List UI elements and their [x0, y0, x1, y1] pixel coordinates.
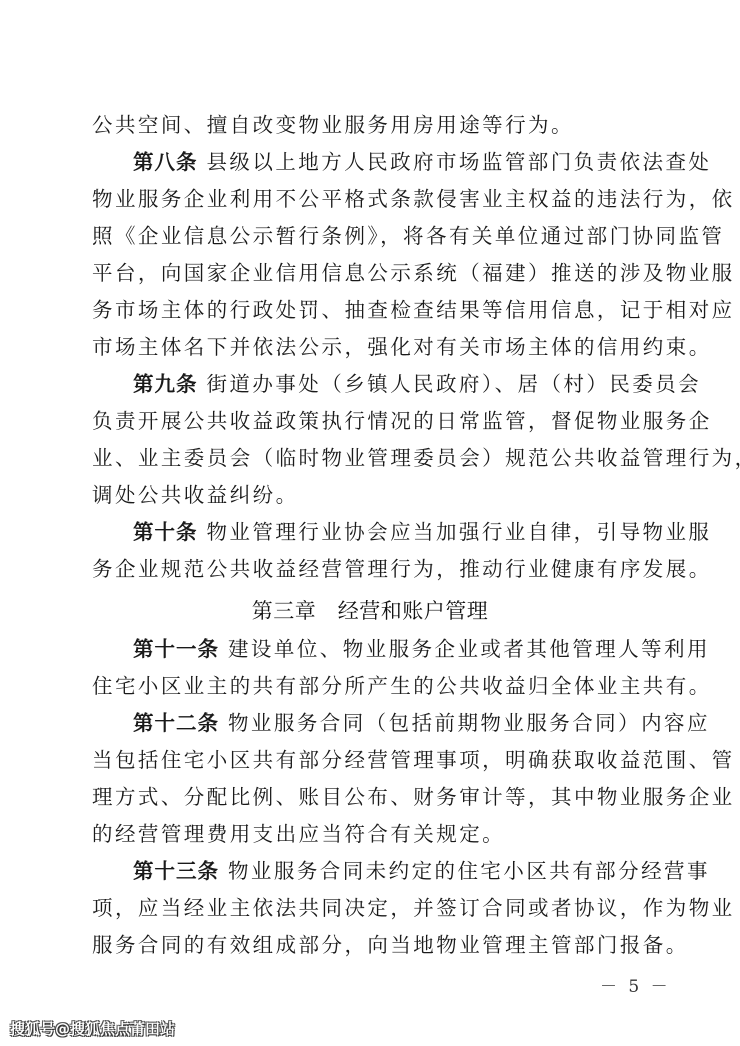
article-10: 第十条 物业管理行业协会应当加强行业自律，引导物业服 — [133, 519, 648, 545]
text-line: 务市场主体的行政处罚、抽查检查结果等信用信息，记于相对应 — [92, 297, 648, 323]
text-line: 公共空间、擅自改变物业服务用房用途等行为。 — [92, 112, 648, 138]
text-line: 市场主体名下并依法公示，强化对有关市场主体的信用约束。 — [92, 334, 648, 360]
text-line: 负责开展公共收益政策执行情况的日常监管，督促物业服务企 — [92, 408, 648, 434]
article-12: 第十二条 物业服务合同（包括前期物业服务合同）内容应 — [133, 710, 648, 736]
text-line: 务企业规范公共收益经营管理行为，推动行业健康有序发展。 — [92, 556, 648, 582]
text-line: 的经营管理费用支出应当符合有关规定。 — [92, 821, 648, 847]
article-text: 物业服务合同（包括前期物业服务合同）内容应 — [228, 711, 710, 735]
article-text: 建设单位、物业服务企业或者其他管理人等利用 — [228, 637, 710, 661]
text-line: 住宅小区业主的共有部分所产生的公共收益归全体业主共有。 — [92, 673, 648, 699]
text-line: 业、业主委员会（临时物业管理委员会）规范公共收益管理行为， — [92, 445, 648, 471]
text-line: 服务合同的有效组成部分，向当地物业管理主管部门报备。 — [92, 932, 648, 958]
article-label: 第九条 — [133, 372, 198, 396]
text-line: 项，应当经业主依法共同决定，并签订合同或者协议，作为物业 — [92, 895, 648, 921]
text-line: 调处公共收益纠纷。 — [92, 482, 648, 508]
article-label: 第十二条 — [133, 711, 219, 735]
article-label: 第十三条 — [133, 859, 219, 883]
article-text: 物业管理行业协会应当加强行业自律，引导物业服 — [206, 520, 711, 544]
chapter-heading: 第三章 经营和账户管理 — [0, 598, 740, 624]
article-text: 物业服务合同未约定的住宅小区共有部分经营事 — [228, 859, 710, 883]
article-11: 第十一条 建设单位、物业服务企业或者其他管理人等利用 — [133, 636, 648, 662]
text-line: 当包括住宅小区共有部分经营管理事项，明确获取收益范围、管 — [92, 747, 648, 773]
article-13: 第十三条 物业服务合同未约定的住宅小区共有部分经营事 — [133, 858, 648, 884]
article-9: 第九条 街道办事处（乡镇人民政府）、居（村）民委员会 — [133, 371, 648, 397]
article-8: 第八条 县级以上地方人民政府市场监管部门负责依法查处 — [133, 149, 648, 175]
watermark: 搜狐号@搜狐焦点莆田站 — [10, 1018, 175, 1039]
article-label: 第十条 — [133, 520, 198, 544]
text-line: 照《企业信息公示暂行条例》，将各有关单位通过部门协同监管 — [92, 223, 648, 249]
page-number: － 5 － — [600, 972, 671, 997]
article-text: 县级以上地方人民政府市场监管部门负责依法查处 — [206, 150, 711, 174]
text-line: 物业服务企业利用不公平格式条款侵害业主权益的违法行为，依 — [92, 186, 648, 212]
article-label: 第八条 — [133, 150, 198, 174]
article-label: 第十一条 — [133, 637, 219, 661]
text-line: 平台，向国家企业信用信息公示系统（福建）推送的涉及物业服 — [92, 260, 648, 286]
text-line: 理方式、分配比例、账目公布、财务审计等，其中物业服务企业 — [92, 784, 648, 810]
document-page: 公共空间、擅自改变物业服务用房用途等行为。 第八条 县级以上地方人民政府市场监管… — [0, 0, 740, 1046]
article-text: 街道办事处（乡镇人民政府）、居（村）民委员会 — [206, 372, 701, 396]
